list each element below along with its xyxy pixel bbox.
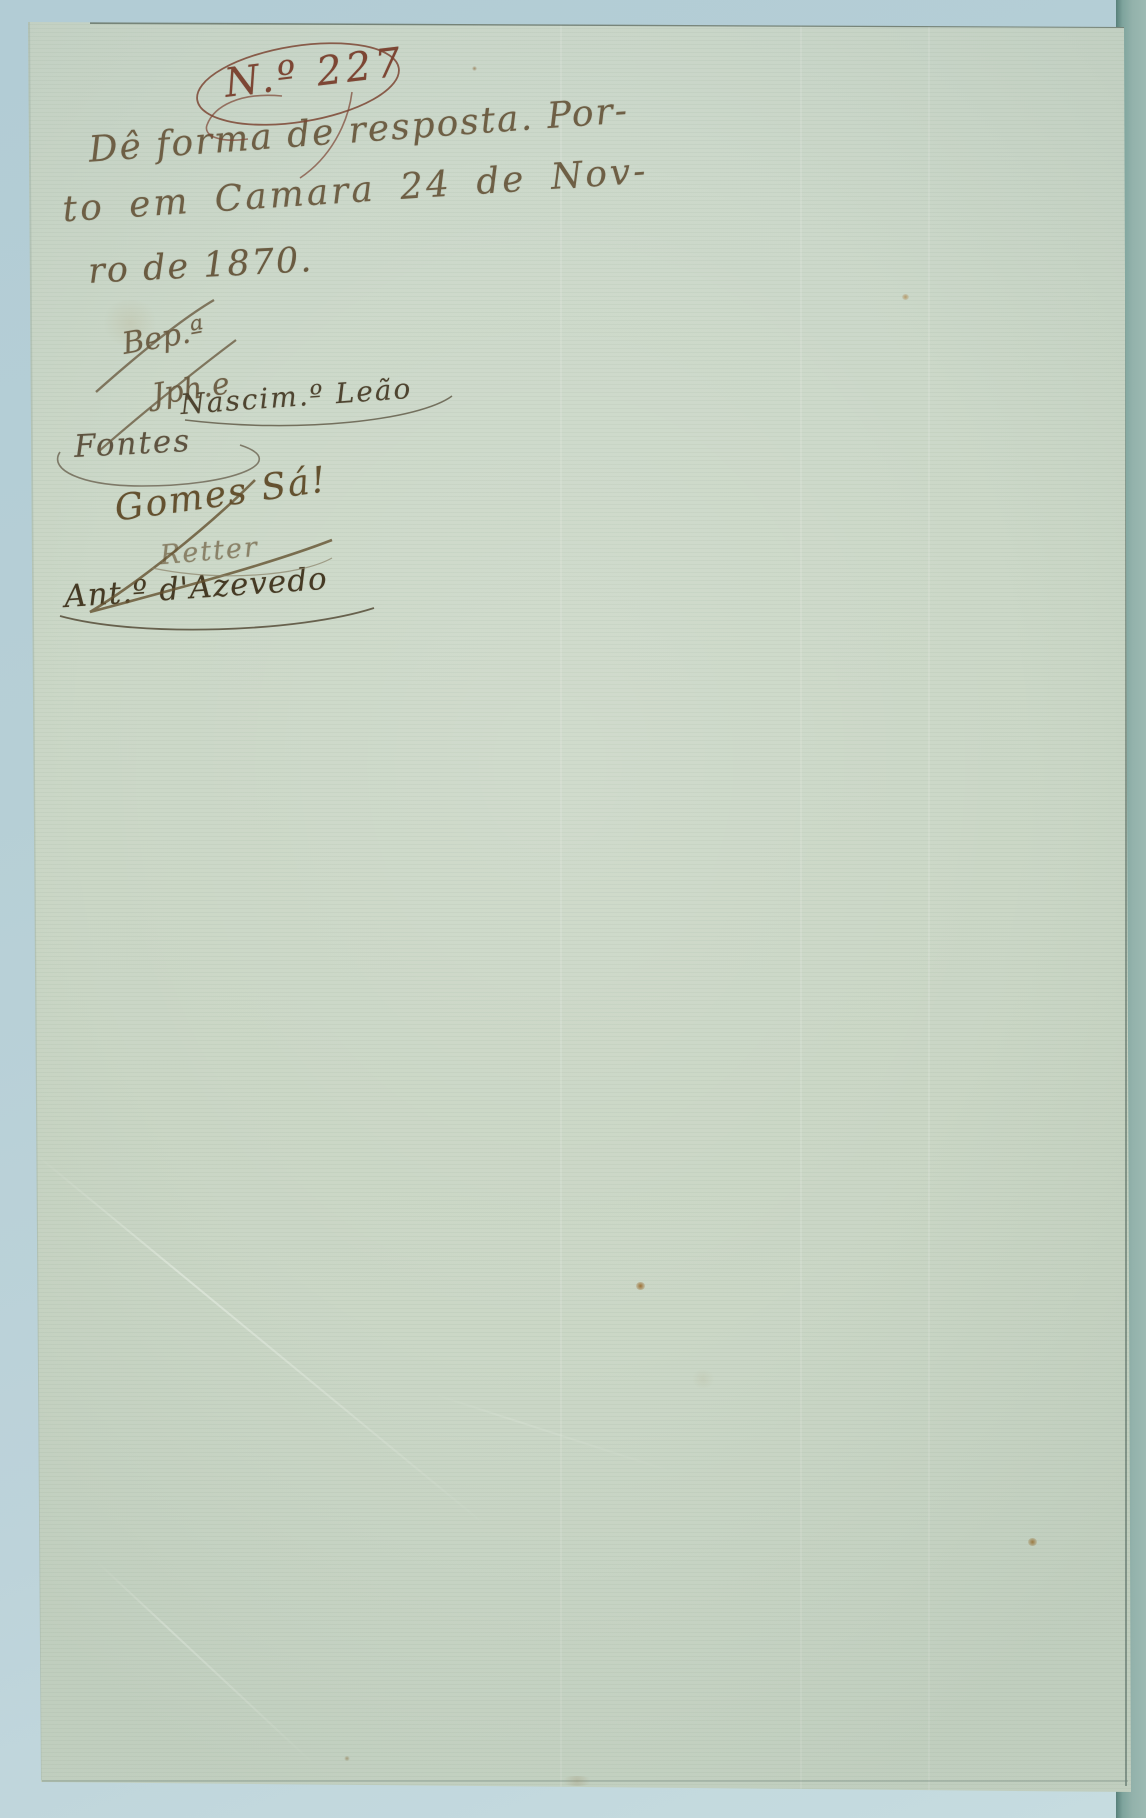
scanned-manuscript: N.º 227 Dê forma de resposta. Por- to em… (0, 0, 1146, 1818)
foxing-spot (560, 1776, 594, 1786)
foxing-spot (690, 1370, 716, 1388)
foxing-spot (344, 1756, 350, 1761)
foxing-spot (472, 66, 477, 71)
manuscript-page: N.º 227 Dê forma de resposta. Por- to em… (0, 0, 1146, 1818)
foxing-spot (636, 1282, 645, 1290)
signature-fontes: Fontes (73, 423, 192, 465)
foxing-spot (1028, 1538, 1037, 1546)
foxing-spot (902, 294, 909, 300)
